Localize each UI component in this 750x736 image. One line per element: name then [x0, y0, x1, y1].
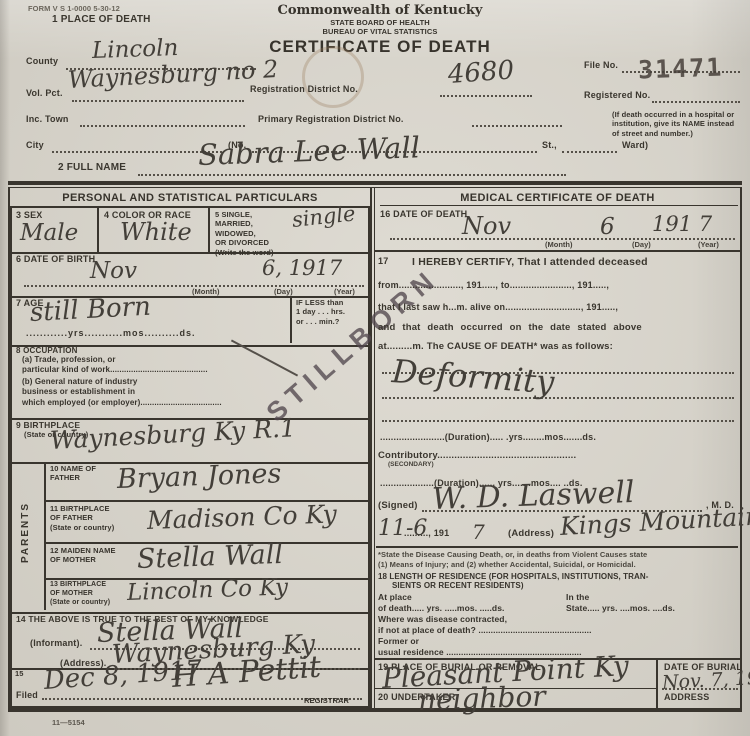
- commonwealth-title: Commonwealth of Kentucky: [255, 3, 505, 18]
- registration-district-line: [440, 95, 532, 97]
- title-block: Commonwealth of Kentucky STATE BOARD OF …: [255, 3, 505, 57]
- mother-birthplace-label: 13 BIRTHPLACE OF MOTHER (State or countr…: [50, 581, 110, 607]
- sex-value-handwriting: Male: [20, 220, 78, 246]
- signed-address-label: (Address): [508, 528, 554, 539]
- volpct-label: Vol. Pct.: [26, 88, 63, 99]
- cause-line-2: [382, 397, 734, 399]
- secondary-label: (SECONDARY): [388, 461, 434, 468]
- registered-no-label: Registered No.: [584, 90, 650, 101]
- parents-group: PARENTS 10 NAME OF FATHER Bryan Jones 11…: [10, 462, 370, 614]
- registration-district-value-handwriting: 4680: [447, 55, 515, 90]
- undertaker-address-label: ADDRESS: [664, 692, 709, 703]
- burial-date-line: [662, 688, 738, 690]
- father-name-l2: FATHER: [50, 473, 96, 482]
- in-state-l1: In the: [566, 592, 675, 603]
- dod-year-handwriting: 191 7: [652, 212, 712, 236]
- duration-line-1: ........................(Duration)..... …: [380, 432, 596, 443]
- marital-l3: WIDOWED,: [215, 229, 274, 238]
- father-name-l1: 10 NAME OF: [50, 464, 96, 473]
- row-date-of-birth: 6 DATE OF BIRTH Nov 6, 1917 (Month) (Day…: [10, 252, 370, 298]
- city-ward-label: Ward): [622, 140, 648, 151]
- father-birthplace-l1: 11 BIRTHPLACE: [50, 504, 114, 513]
- county-value-handwriting: Lincoln: [92, 35, 179, 64]
- primary-registration-line: [472, 125, 562, 127]
- burial-cell-divider: [656, 658, 658, 708]
- cause-line-3: [382, 420, 734, 422]
- filed-number: 15: [15, 669, 24, 678]
- form-bottom-code: 11—5154: [52, 718, 85, 727]
- cause-value-handwriting: Deformity: [391, 352, 556, 401]
- registrar-label: REGISTRAR: [304, 696, 349, 705]
- primary-registration-label: Primary Registration District No.: [258, 114, 404, 125]
- residence-heading-2: SIENTS OR RECENT RESIDENTS): [392, 581, 524, 591]
- full-name-line: [138, 174, 566, 176]
- mother-birthplace-l2: OF MOTHER: [50, 590, 110, 599]
- footnote-line-2: (1) Means of Injury; and (2) whether Acc…: [378, 560, 636, 569]
- column-divider: [370, 188, 372, 710]
- father-birthplace-value-handwriting: Madison Co Ky: [146, 499, 337, 535]
- file-no-value-stamp: 31471: [638, 53, 724, 85]
- father-name-value-handwriting: Bryan Jones: [116, 458, 281, 495]
- certify-line-3: and that death occurred on the date stat…: [378, 322, 642, 333]
- certify-line-1: from......................., 191....., t…: [378, 280, 609, 291]
- in-state-l2: State..... yrs. ....mos. ....ds.: [566, 603, 675, 614]
- age-subbox-border: [290, 296, 292, 343]
- divider-bottom-thick: [8, 708, 742, 712]
- state-board-line: STATE BOARD OF HEALTH: [255, 18, 505, 27]
- undertaker-value-handwriting: neighbor: [417, 680, 546, 717]
- signed-year-handwriting: 7: [472, 520, 485, 544]
- mother-maiden-label: 12 MAIDEN NAME OF MOTHER: [50, 546, 116, 565]
- row-age: 7 AGE still Born ............yrs........…: [10, 296, 370, 347]
- age-value-handwriting: still Born: [29, 292, 151, 328]
- certify-line-4: at.........m. The CAUSE OF DEATH* was as…: [378, 341, 613, 352]
- dob-dayyear-handwriting: 6, 1917: [262, 256, 342, 280]
- full-name-value-handwriting: Sabra Lee Wall: [197, 130, 420, 172]
- dob-day-caption: (Day): [274, 287, 293, 296]
- former-residence-l1: Former or: [378, 636, 582, 647]
- marital-l2: MARRIED,: [215, 219, 274, 228]
- father-birthplace-label: 11 BIRTHPLACE OF FATHER (State or countr…: [50, 504, 114, 532]
- contracted-l2: if not at place of death? ..............…: [378, 625, 592, 636]
- city-line: [52, 151, 222, 153]
- dod-year-caption: (Year): [698, 240, 719, 249]
- dob-month-caption: (Month): [192, 287, 219, 296]
- if-less-l2: 1 day . . . hrs.: [296, 307, 345, 316]
- inc-town-line: [80, 125, 245, 127]
- mother-birthplace-value-handwriting: Lincoln Co Ky: [127, 574, 289, 606]
- father-name-label: 10 NAME OF FATHER: [50, 464, 96, 483]
- if-less-l3: or . . . min.?: [296, 317, 345, 326]
- file-no-label: File No.: [584, 60, 618, 71]
- contracted-block: Where was disease contracted, if not at …: [378, 614, 592, 635]
- inc-town-label: Inc. Town: [26, 114, 69, 125]
- registration-district-label: Registration District No.: [250, 84, 358, 95]
- dod-day-handwriting: 6: [600, 214, 615, 240]
- divider-top-thin: [8, 187, 742, 188]
- occupation-a2: particular kind of work.................…: [22, 365, 208, 375]
- father-birthplace-l2: OF FATHER: [50, 513, 114, 522]
- if-less-l1: IF LESS than: [296, 298, 345, 307]
- dob-label: 6 DATE OF BIRTH: [16, 254, 95, 265]
- if-less-note: IF LESS than 1 day . . . hrs. or . . . m…: [296, 298, 345, 326]
- divider-top-thick: [8, 181, 742, 185]
- father-birthplace-l3: (State or country): [50, 523, 114, 532]
- certify-heading: I HEREBY CERTIFY, That I attended deceas…: [412, 256, 648, 269]
- right-title-underline: [380, 205, 738, 206]
- registered-no-line: [652, 101, 740, 103]
- contributory-label: Contributory............................…: [378, 450, 576, 461]
- at-place-l1: At place: [378, 592, 505, 603]
- mother-maiden-value-handwriting: Stella Wall: [136, 539, 283, 575]
- parents-cell-border: [44, 462, 46, 610]
- in-state-block: In the State..... yrs. ....mos. ....ds.: [566, 592, 675, 613]
- city-st-line: [562, 151, 617, 153]
- handwritten-dash: [231, 340, 298, 377]
- occupation-b1: (b) General nature of industry: [22, 377, 137, 387]
- mother-birthplace-l3: (State or country): [50, 599, 110, 608]
- filed-label: Filed: [16, 690, 38, 701]
- birthplace-value-handwriting: Waynesburg Ky R.1: [49, 413, 296, 455]
- mother-maiden-l2: OF MOTHER: [50, 555, 116, 564]
- mother-birthplace-l1: 13 BIRTHPLACE: [50, 581, 110, 590]
- occupation-b2: business or establishment in: [22, 387, 135, 397]
- form-number: FORM V S 1-0000 5-30-12: [28, 4, 120, 13]
- row-birthplace: 9 BIRTHPLACE (State or country) Waynesbu…: [10, 418, 370, 464]
- certify-line-2: that I last saw h...m. alive on.........…: [378, 302, 618, 313]
- dob-month-handwriting: Nov: [90, 258, 137, 284]
- death-certificate-document: FORM V S 1-0000 5-30-12 1 PLACE OF DEATH…: [0, 0, 750, 736]
- occupation-a1: (a) Trade, profession, or: [22, 355, 116, 365]
- county-label: County: [26, 56, 58, 67]
- certify-number: 17: [378, 256, 388, 267]
- right-section-title: MEDICAL CERTIFICATE OF DEATH: [375, 192, 740, 204]
- place-of-death-heading: 1 PLACE OF DEATH: [52, 14, 151, 26]
- row-filed: 15 Filed Dec 8, 1917 H A Pettit REGISTRA…: [10, 668, 370, 708]
- column-divider-2: [374, 188, 375, 710]
- parents-vertical-label: PARENTS: [20, 502, 32, 563]
- row-sex-race-marital: 3 SEX Male 4 COLOR OR RACE White 5 SINGL…: [10, 206, 370, 254]
- full-name-label: 2 FULL NAME: [58, 162, 126, 174]
- city-st-label: St.,: [542, 140, 557, 151]
- dob-year-caption: (Year): [334, 287, 355, 296]
- signed-label: (Signed): [378, 500, 418, 511]
- dod-month-handwriting: Nov: [462, 212, 511, 240]
- mother-maiden-l1: 12 MAIDEN NAME: [50, 546, 116, 555]
- hospital-note: (If death occurred in a hospital or inst…: [612, 110, 738, 138]
- contracted-l1: Where was disease contracted,: [378, 614, 592, 625]
- signed-date-printed: ........., 191: [404, 528, 449, 539]
- faint-round-stamp: [302, 46, 364, 108]
- dod-label: 16 DATE OF DEATH: [380, 209, 467, 220]
- at-place-block: At place of death..... yrs. .....mos. ..…: [378, 592, 505, 613]
- occupation-b3: which employed (or employer)............…: [22, 398, 222, 408]
- cell-border-2: [208, 208, 210, 252]
- marital-value-handwriting: single: [291, 201, 357, 232]
- border-right: [740, 188, 742, 710]
- certificate-title: CERTIFICATE OF DEATH: [255, 37, 505, 57]
- informant-label: (Informant).: [30, 638, 82, 649]
- volpct-line: [72, 100, 244, 102]
- at-place-l2: of death..... yrs. .....mos. .....ds.: [378, 603, 505, 614]
- dod-bottom-rule: [375, 250, 740, 252]
- footnote-line-1: *State the Disease Causing Death, or, in…: [378, 550, 647, 559]
- cell-border-1: [97, 208, 99, 252]
- left-section-title: PERSONAL AND STATISTICAL PARTICULARS: [10, 192, 370, 204]
- age-units: ............yrs...........mos..........d…: [26, 328, 196, 339]
- marital-l4: OR DIVORCED: [215, 238, 274, 247]
- marital-label: 5 SINGLE, MARRIED, WIDOWED, OR DIVORCED …: [215, 210, 274, 257]
- dod-month-caption: (Month): [545, 240, 572, 249]
- bureau-line: BUREAU OF VITAL STATISTICS: [255, 27, 505, 36]
- city-label: City: [26, 140, 44, 151]
- marital-l1: 5 SINGLE,: [215, 210, 274, 219]
- race-value-handwriting: White: [120, 218, 192, 246]
- footnote-top-rule: [376, 546, 738, 548]
- dod-day-caption: (Day): [632, 240, 651, 249]
